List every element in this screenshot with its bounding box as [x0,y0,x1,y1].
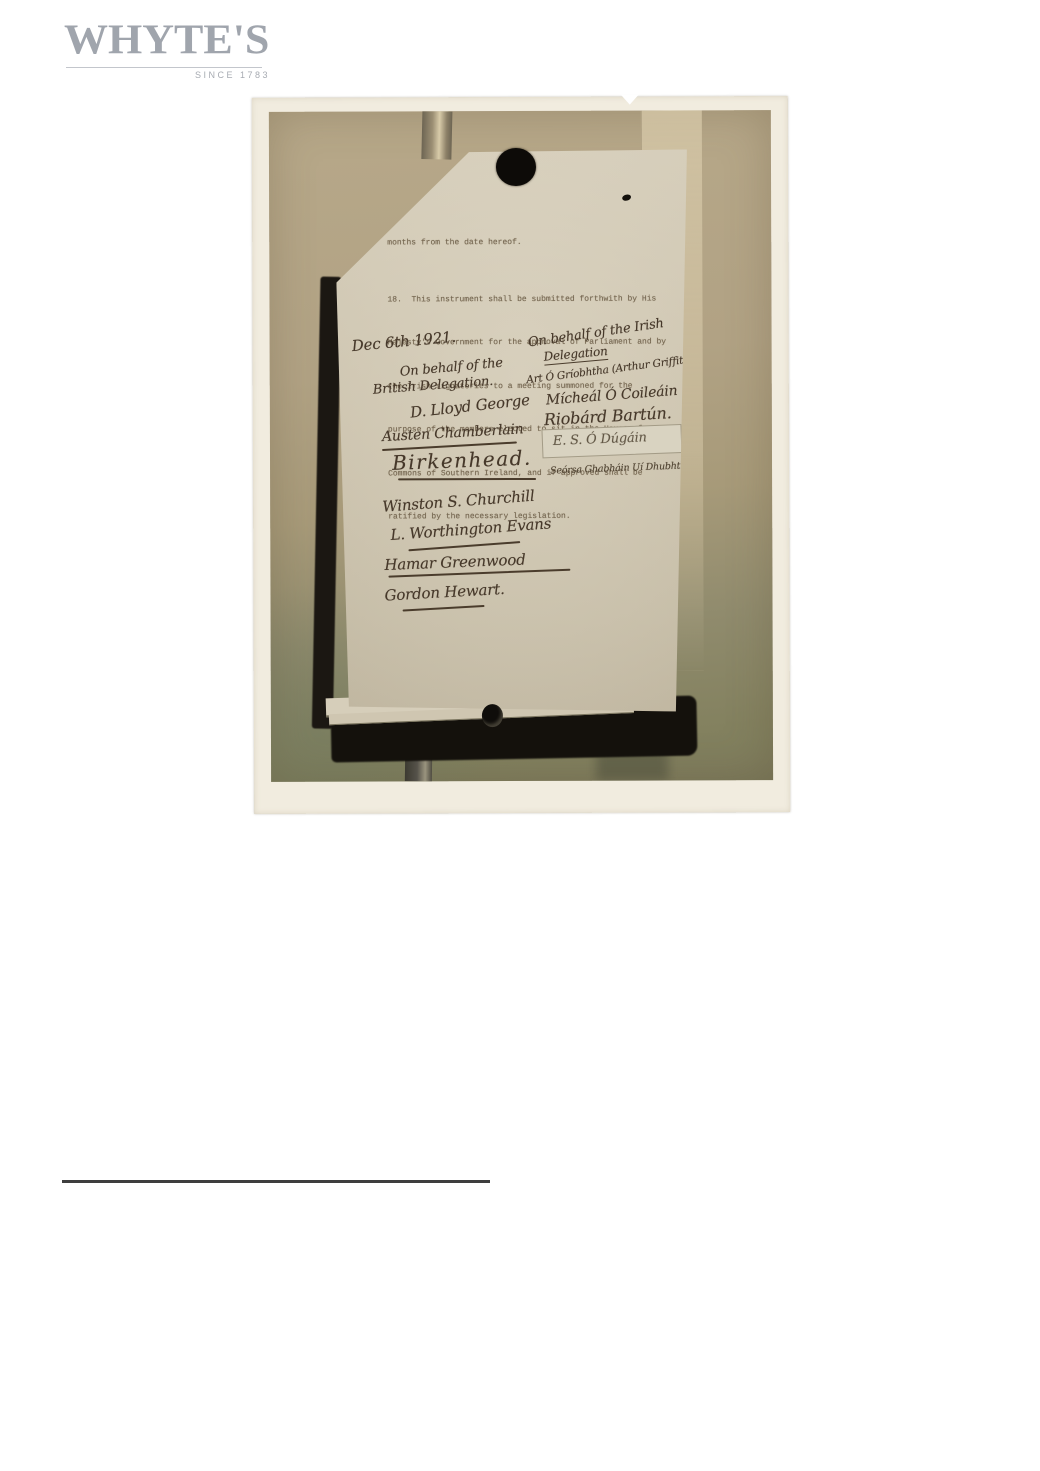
footnote-rule [62,1180,490,1183]
signature-duggan: E. S. Ó Dúgáin [553,430,647,449]
typed-line: months from the date hereof. [387,235,673,250]
brand-logo: WHYTE'S SINCE 1783 [64,20,284,80]
photo-print: months from the date hereof. 18. This in… [252,96,790,814]
photo-image: months from the date hereof. 18. This in… [269,110,773,782]
bottom-fastener [482,704,503,727]
typed-line: 18. This instrument shall be submitted f… [387,292,673,307]
signature-hewart: Gordon Hewart. [384,580,505,605]
hanging-rod-top [421,111,452,160]
print-edge-notch [621,95,639,105]
brand-rule [66,67,262,68]
brand-name: WHYTE'S [64,15,269,64]
brand-tagline: SINCE 1783 [195,70,270,80]
catalogue-page: WHYTE'S SINCE 1783 months from the date … [0,0,1040,1471]
punch-hole [496,148,536,186]
signature-underline [403,605,485,611]
signature-paster-slip: E. S. Ó Dúgáin [541,424,682,458]
